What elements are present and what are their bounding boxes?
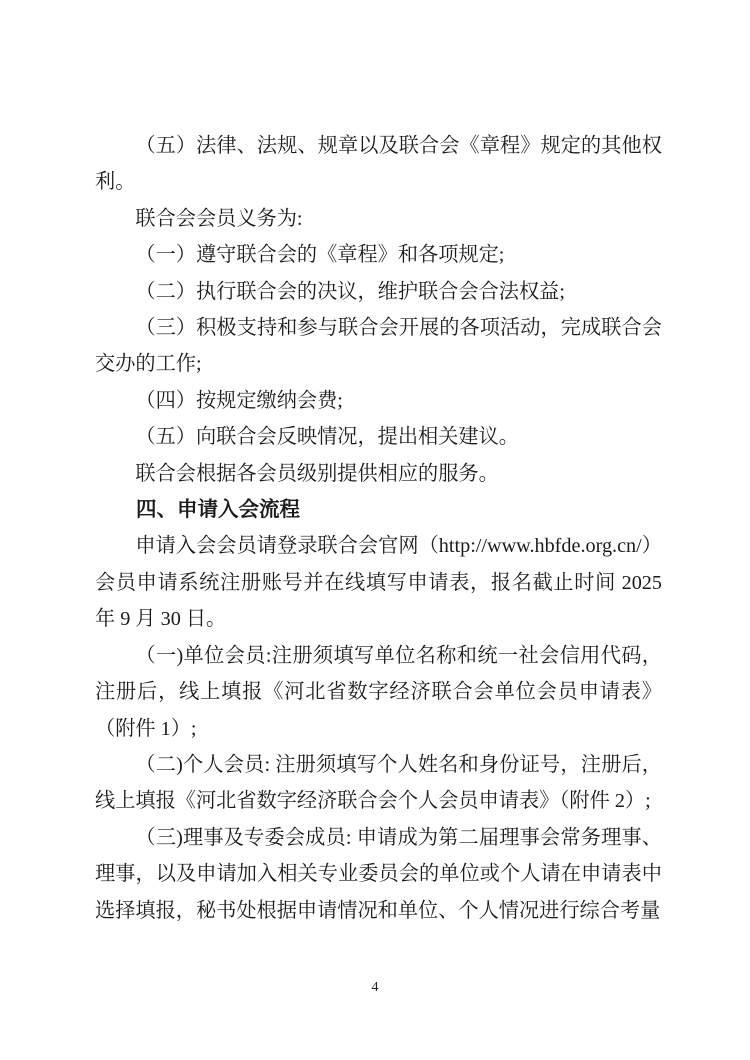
paragraph-individual-member: （二)个人会员: 注册须填写个人姓名和身份证号，注册后，线上填报《河北省数字经济… xyxy=(95,747,662,820)
paragraph-rights-item-5: （五）法律、法规、规章以及联合会《章程》规定的其他权利。 xyxy=(95,128,662,201)
paragraph-duty-item-4: （四）按规定缴纳会费; xyxy=(95,383,662,419)
paragraph-member-services: 联合会根据各会员级别提供相应的服务。 xyxy=(95,456,662,492)
paragraph-application-intro: 申请入会会员请登录联合会官网（http://www.hbfde.org.cn/）… xyxy=(95,528,662,637)
section-heading-application-process: 四、申请入会流程 xyxy=(95,492,662,528)
paragraph-duty-item-2: （二）执行联合会的决议，维护联合会合法权益; xyxy=(95,274,662,310)
paragraph-unit-member: （一)单位会员:注册须填写单位名称和统一社会信用代码，注册后，线上填报《河北省数… xyxy=(95,638,662,747)
paragraph-duty-item-3: （三）积极支持和参与联合会开展的各项活动，完成联合会交办的工作; xyxy=(95,310,662,383)
paragraph-council-member: （三)理事及专委会成员: 申请成为第二届理事会常务理事、理事，以及申请加入相关专… xyxy=(95,820,662,929)
paragraph-member-duties-intro: 联合会会员义务为: xyxy=(95,201,662,237)
page-number: 4 xyxy=(0,980,750,996)
document-body: （五）法律、法规、规章以及联合会《章程》规定的其他权利。 联合会会员义务为: （… xyxy=(95,128,662,929)
paragraph-duty-item-5: （五）向联合会反映情况，提出相关建议。 xyxy=(95,419,662,455)
paragraph-duty-item-1: （一）遵守联合会的《章程》和各项规定; xyxy=(95,237,662,273)
document-page: （五）法律、法规、规章以及联合会《章程》规定的其他权利。 联合会会员义务为: （… xyxy=(0,0,750,1060)
